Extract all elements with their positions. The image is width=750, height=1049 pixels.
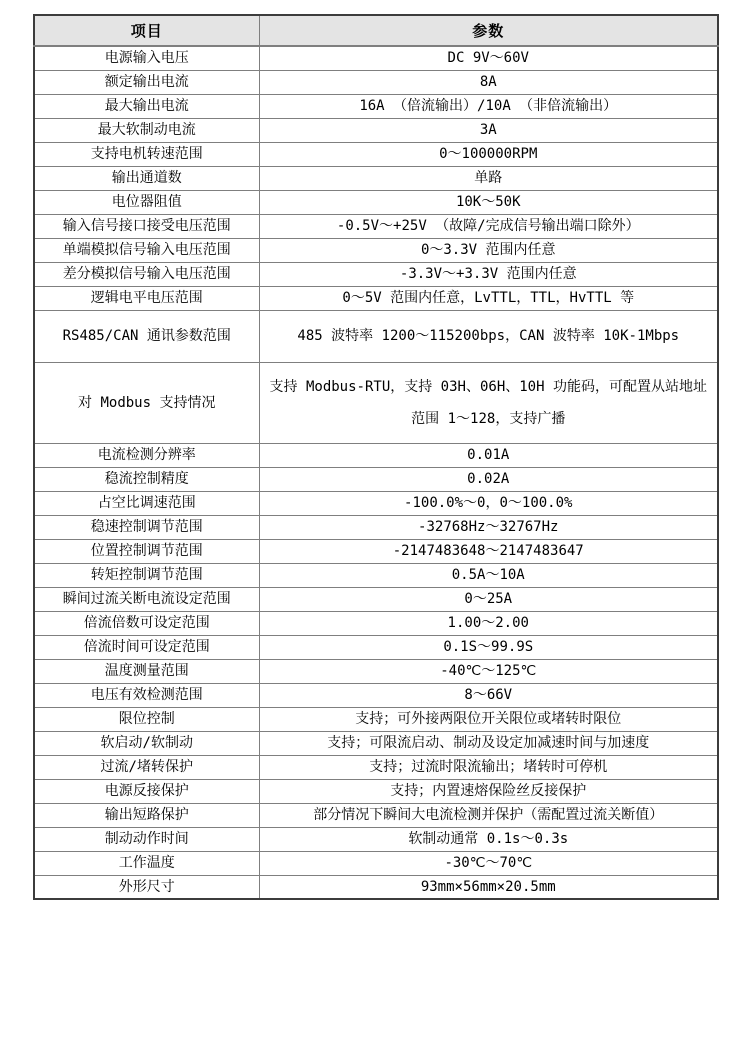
- table-row: 工作温度-30℃～70℃: [34, 851, 718, 875]
- item-cell: 软启动/软制动: [34, 731, 259, 755]
- header-value: 参数: [259, 15, 718, 46]
- table-row: 电位器阻值10K～50K: [34, 190, 718, 214]
- value-cell: 支持；过流时限流输出；堵转时可停机: [259, 755, 718, 779]
- item-cell: 工作温度: [34, 851, 259, 875]
- item-cell: 额定输出电流: [34, 70, 259, 94]
- item-cell: 最大软制动电流: [34, 118, 259, 142]
- item-cell: 电位器阻值: [34, 190, 259, 214]
- item-cell: 逻辑电平电压范围: [34, 286, 259, 310]
- value-cell: 0.5A～10A: [259, 563, 718, 587]
- item-cell: 位置控制调节范围: [34, 539, 259, 563]
- value-cell: 485 波特率 1200～115200bps，CAN 波特率 10K-1Mbps: [259, 310, 718, 362]
- table-row: 稳流控制精度0.02A: [34, 467, 718, 491]
- item-cell: 占空比调速范围: [34, 491, 259, 515]
- item-cell: 限位控制: [34, 707, 259, 731]
- table-row: 外形尺寸93mm×56mm×20.5mm: [34, 875, 718, 899]
- item-cell: 输出通道数: [34, 166, 259, 190]
- header-row: 项目 参数: [34, 15, 718, 46]
- table-row: 最大软制动电流3A: [34, 118, 718, 142]
- table-row: 电源反接保护支持；内置速熔保险丝反接保护: [34, 779, 718, 803]
- value-cell: 0.02A: [259, 467, 718, 491]
- value-cell: 8A: [259, 70, 718, 94]
- value-cell: -100.0%～0，0～100.0%: [259, 491, 718, 515]
- table-row: 对 Modbus 支持情况支持 Modbus-RTU，支持 03H、06H、10…: [34, 362, 718, 443]
- value-cell: 0～100000RPM: [259, 142, 718, 166]
- item-cell: 单端模拟信号输入电压范围: [34, 238, 259, 262]
- table-row: 电压有效检测范围8～66V: [34, 683, 718, 707]
- value-cell: -32768Hz～32767Hz: [259, 515, 718, 539]
- table-row: 倍流倍数可设定范围1.00～2.00: [34, 611, 718, 635]
- table-header: 项目 参数: [34, 15, 718, 46]
- header-item: 项目: [34, 15, 259, 46]
- item-cell: 最大输出电流: [34, 94, 259, 118]
- table-row: 单端模拟信号输入电压范围0～3.3V 范围内任意: [34, 238, 718, 262]
- item-cell: 瞬间过流关断电流设定范围: [34, 587, 259, 611]
- value-cell: -30℃～70℃: [259, 851, 718, 875]
- value-cell: 10K～50K: [259, 190, 718, 214]
- table-row: 过流/堵转保护支持；过流时限流输出；堵转时可停机: [34, 755, 718, 779]
- table-row: 限位控制支持；可外接两限位开关限位或堵转时限位: [34, 707, 718, 731]
- item-cell: 稳流控制精度: [34, 467, 259, 491]
- value-cell: 0～3.3V 范围内任意: [259, 238, 718, 262]
- value-cell: 软制动通常 0.1s～0.3s: [259, 827, 718, 851]
- value-cell: 支持；可限流启动、制动及设定加减速时间与加速度: [259, 731, 718, 755]
- value-cell: 16A （倍流输出）/10A （非倍流输出）: [259, 94, 718, 118]
- table-row: 瞬间过流关断电流设定范围0～25A: [34, 587, 718, 611]
- item-cell: 差分模拟信号输入电压范围: [34, 262, 259, 286]
- item-cell: 电流检测分辨率: [34, 443, 259, 467]
- value-cell: 0.1S～99.9S: [259, 635, 718, 659]
- value-cell: 0.01A: [259, 443, 718, 467]
- item-cell: 外形尺寸: [34, 875, 259, 899]
- item-cell: 转矩控制调节范围: [34, 563, 259, 587]
- value-cell: 支持；内置速熔保险丝反接保护: [259, 779, 718, 803]
- value-cell: 单路: [259, 166, 718, 190]
- item-cell: 输入信号接口接受电压范围: [34, 214, 259, 238]
- table-body: 电源输入电压DC 9V～60V额定输出电流8A最大输出电流16A （倍流输出）/…: [34, 46, 718, 899]
- table-row: 输出短路保护部分情况下瞬间大电流检测并保护（需配置过流关断值）: [34, 803, 718, 827]
- item-cell: 支持电机转速范围: [34, 142, 259, 166]
- value-cell: 3A: [259, 118, 718, 142]
- table-row: 输入信号接口接受电压范围-0.5V～+25V （故障/完成信号输出端口除外）: [34, 214, 718, 238]
- table-row: 位置控制调节范围-2147483648～2147483647: [34, 539, 718, 563]
- table-row: 占空比调速范围-100.0%～0，0～100.0%: [34, 491, 718, 515]
- table-row: 软启动/软制动支持；可限流启动、制动及设定加减速时间与加速度: [34, 731, 718, 755]
- item-cell: 温度测量范围: [34, 659, 259, 683]
- item-cell: 对 Modbus 支持情况: [34, 362, 259, 443]
- table-row: 电源输入电压DC 9V～60V: [34, 46, 718, 70]
- item-cell: 电源输入电压: [34, 46, 259, 70]
- value-cell: DC 9V～60V: [259, 46, 718, 70]
- item-cell: 电源反接保护: [34, 779, 259, 803]
- value-cell: -0.5V～+25V （故障/完成信号输出端口除外）: [259, 214, 718, 238]
- spec-table: 项目 参数 电源输入电压DC 9V～60V额定输出电流8A最大输出电流16A （…: [33, 14, 719, 900]
- table-row: 最大输出电流16A （倍流输出）/10A （非倍流输出）: [34, 94, 718, 118]
- item-cell: 稳速控制调节范围: [34, 515, 259, 539]
- value-cell: -3.3V～+3.3V 范围内任意: [259, 262, 718, 286]
- table-row: 逻辑电平电压范围0～5V 范围内任意，LvTTL，TTL，HvTTL 等: [34, 286, 718, 310]
- table-row: 额定输出电流8A: [34, 70, 718, 94]
- item-cell: 制动动作时间: [34, 827, 259, 851]
- table-row: 支持电机转速范围0～100000RPM: [34, 142, 718, 166]
- value-cell: -2147483648～2147483647: [259, 539, 718, 563]
- table-row: 差分模拟信号输入电压范围-3.3V～+3.3V 范围内任意: [34, 262, 718, 286]
- item-cell: 电压有效检测范围: [34, 683, 259, 707]
- table-row: 温度测量范围-40℃～125℃: [34, 659, 718, 683]
- table-row: 制动动作时间软制动通常 0.1s～0.3s: [34, 827, 718, 851]
- value-cell: 部分情况下瞬间大电流检测并保护（需配置过流关断值）: [259, 803, 718, 827]
- item-cell: 输出短路保护: [34, 803, 259, 827]
- table-row: 倍流时间可设定范围0.1S～99.9S: [34, 635, 718, 659]
- value-cell: 0～5V 范围内任意，LvTTL，TTL，HvTTL 等: [259, 286, 718, 310]
- item-cell: RS485/CAN 通讯参数范围: [34, 310, 259, 362]
- value-cell: -40℃～125℃: [259, 659, 718, 683]
- table-row: 稳速控制调节范围-32768Hz～32767Hz: [34, 515, 718, 539]
- item-cell: 倍流时间可设定范围: [34, 635, 259, 659]
- value-cell: 0～25A: [259, 587, 718, 611]
- value-cell: 支持；可外接两限位开关限位或堵转时限位: [259, 707, 718, 731]
- item-cell: 过流/堵转保护: [34, 755, 259, 779]
- value-cell: 93mm×56mm×20.5mm: [259, 875, 718, 899]
- value-cell: 8～66V: [259, 683, 718, 707]
- table-row: 电流检测分辨率0.01A: [34, 443, 718, 467]
- value-cell: 支持 Modbus-RTU，支持 03H、06H、10H 功能码，可配置从站地址…: [259, 362, 718, 443]
- table-row: 转矩控制调节范围0.5A～10A: [34, 563, 718, 587]
- item-cell: 倍流倍数可设定范围: [34, 611, 259, 635]
- table-row: RS485/CAN 通讯参数范围485 波特率 1200～115200bps，C…: [34, 310, 718, 362]
- table-row: 输出通道数单路: [34, 166, 718, 190]
- value-cell: 1.00～2.00: [259, 611, 718, 635]
